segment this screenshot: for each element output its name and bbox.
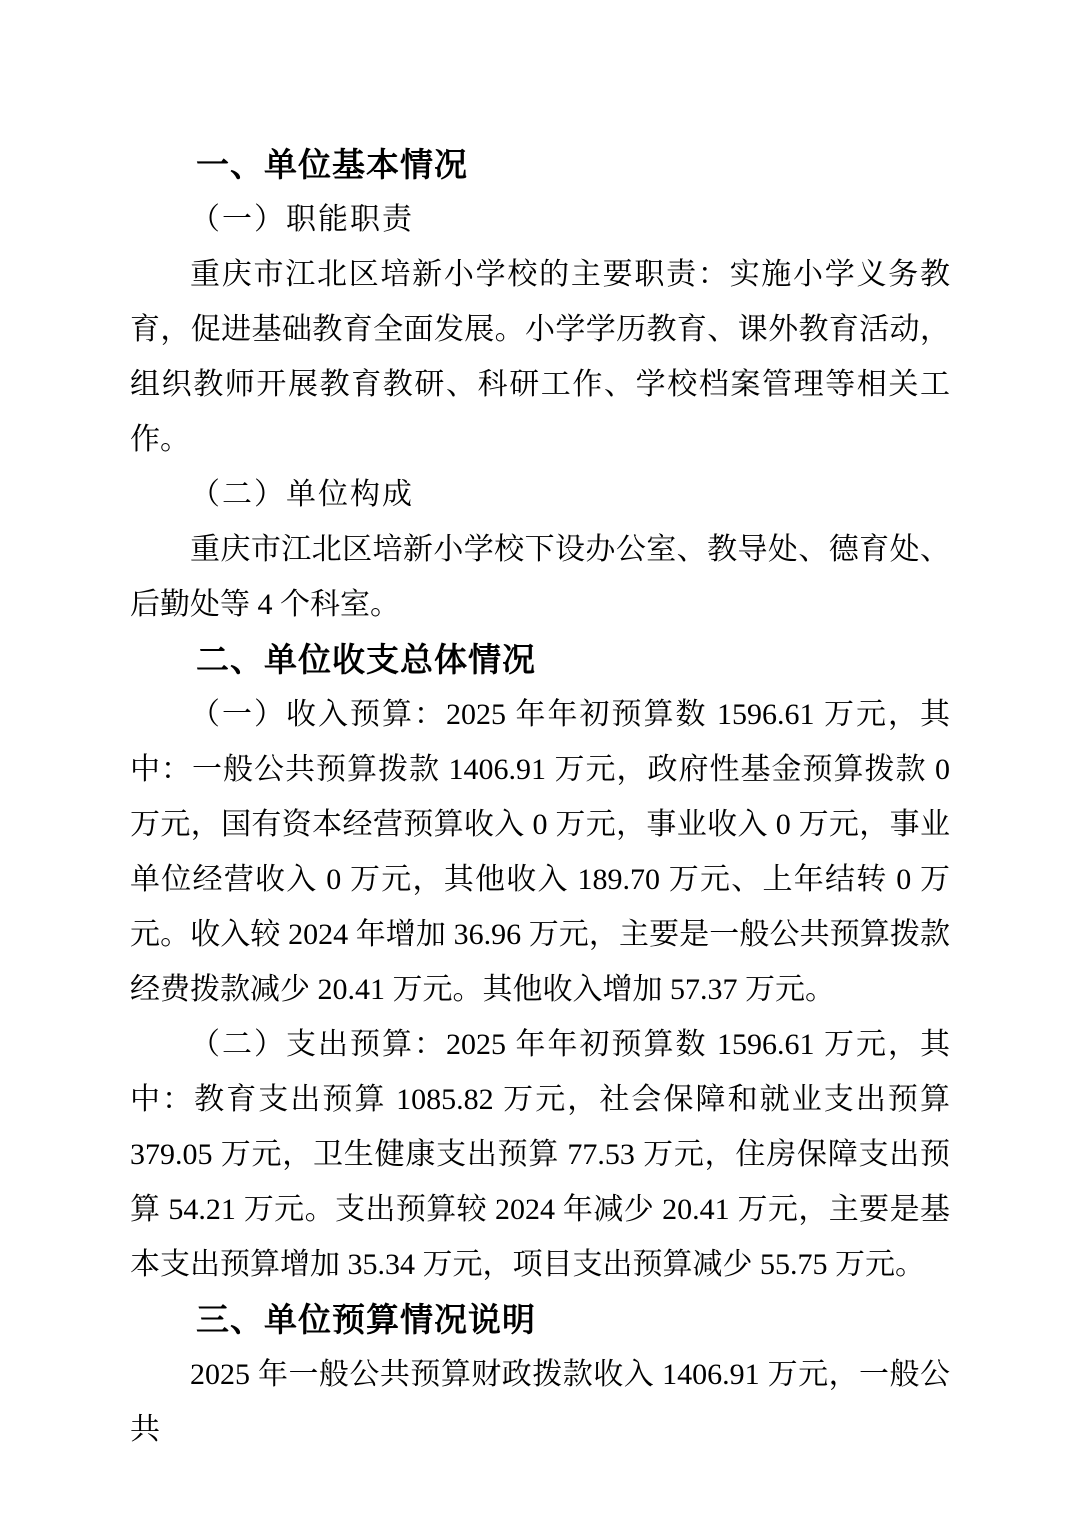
document-page: 一、单位基本情况 （一）职能职责 重庆市江北区培新小学校的主要职责：实施小学义务… — [0, 0, 1074, 1520]
subsection-heading-duties: （一）职能职责 — [130, 192, 950, 247]
document-content: 一、单位基本情况 （一）职能职责 重庆市江北区培新小学校的主要职责：实施小学义务… — [130, 137, 950, 1457]
paragraph-budget-notes: 2025 年一般公共预算财政拨款收入 1406.91 万元，一般公共 — [130, 1347, 950, 1457]
section-heading-revenue-expenditure: 二、单位收支总体情况 — [130, 632, 950, 687]
section-heading-basic-info: 一、单位基本情况 — [130, 137, 950, 192]
paragraph-composition: 重庆市江北区培新小学校下设办公室、教导处、德育处、后勤处等 4 个科室。 — [130, 522, 950, 632]
paragraph-expenditure-budget: （二）支出预算：2025 年年初预算数 1596.61 万元，其中：教育支出预算… — [130, 1017, 950, 1292]
paragraph-revenue-budget: （一）收入预算：2025 年年初预算数 1596.61 万元，其中：一般公共预算… — [130, 687, 950, 1017]
subsection-heading-composition: （二）单位构成 — [130, 467, 950, 522]
section-heading-budget-notes: 三、单位预算情况说明 — [130, 1292, 950, 1347]
paragraph-duties: 重庆市江北区培新小学校的主要职责：实施小学义务教育，促进基础教育全面发展。小学学… — [130, 247, 950, 467]
